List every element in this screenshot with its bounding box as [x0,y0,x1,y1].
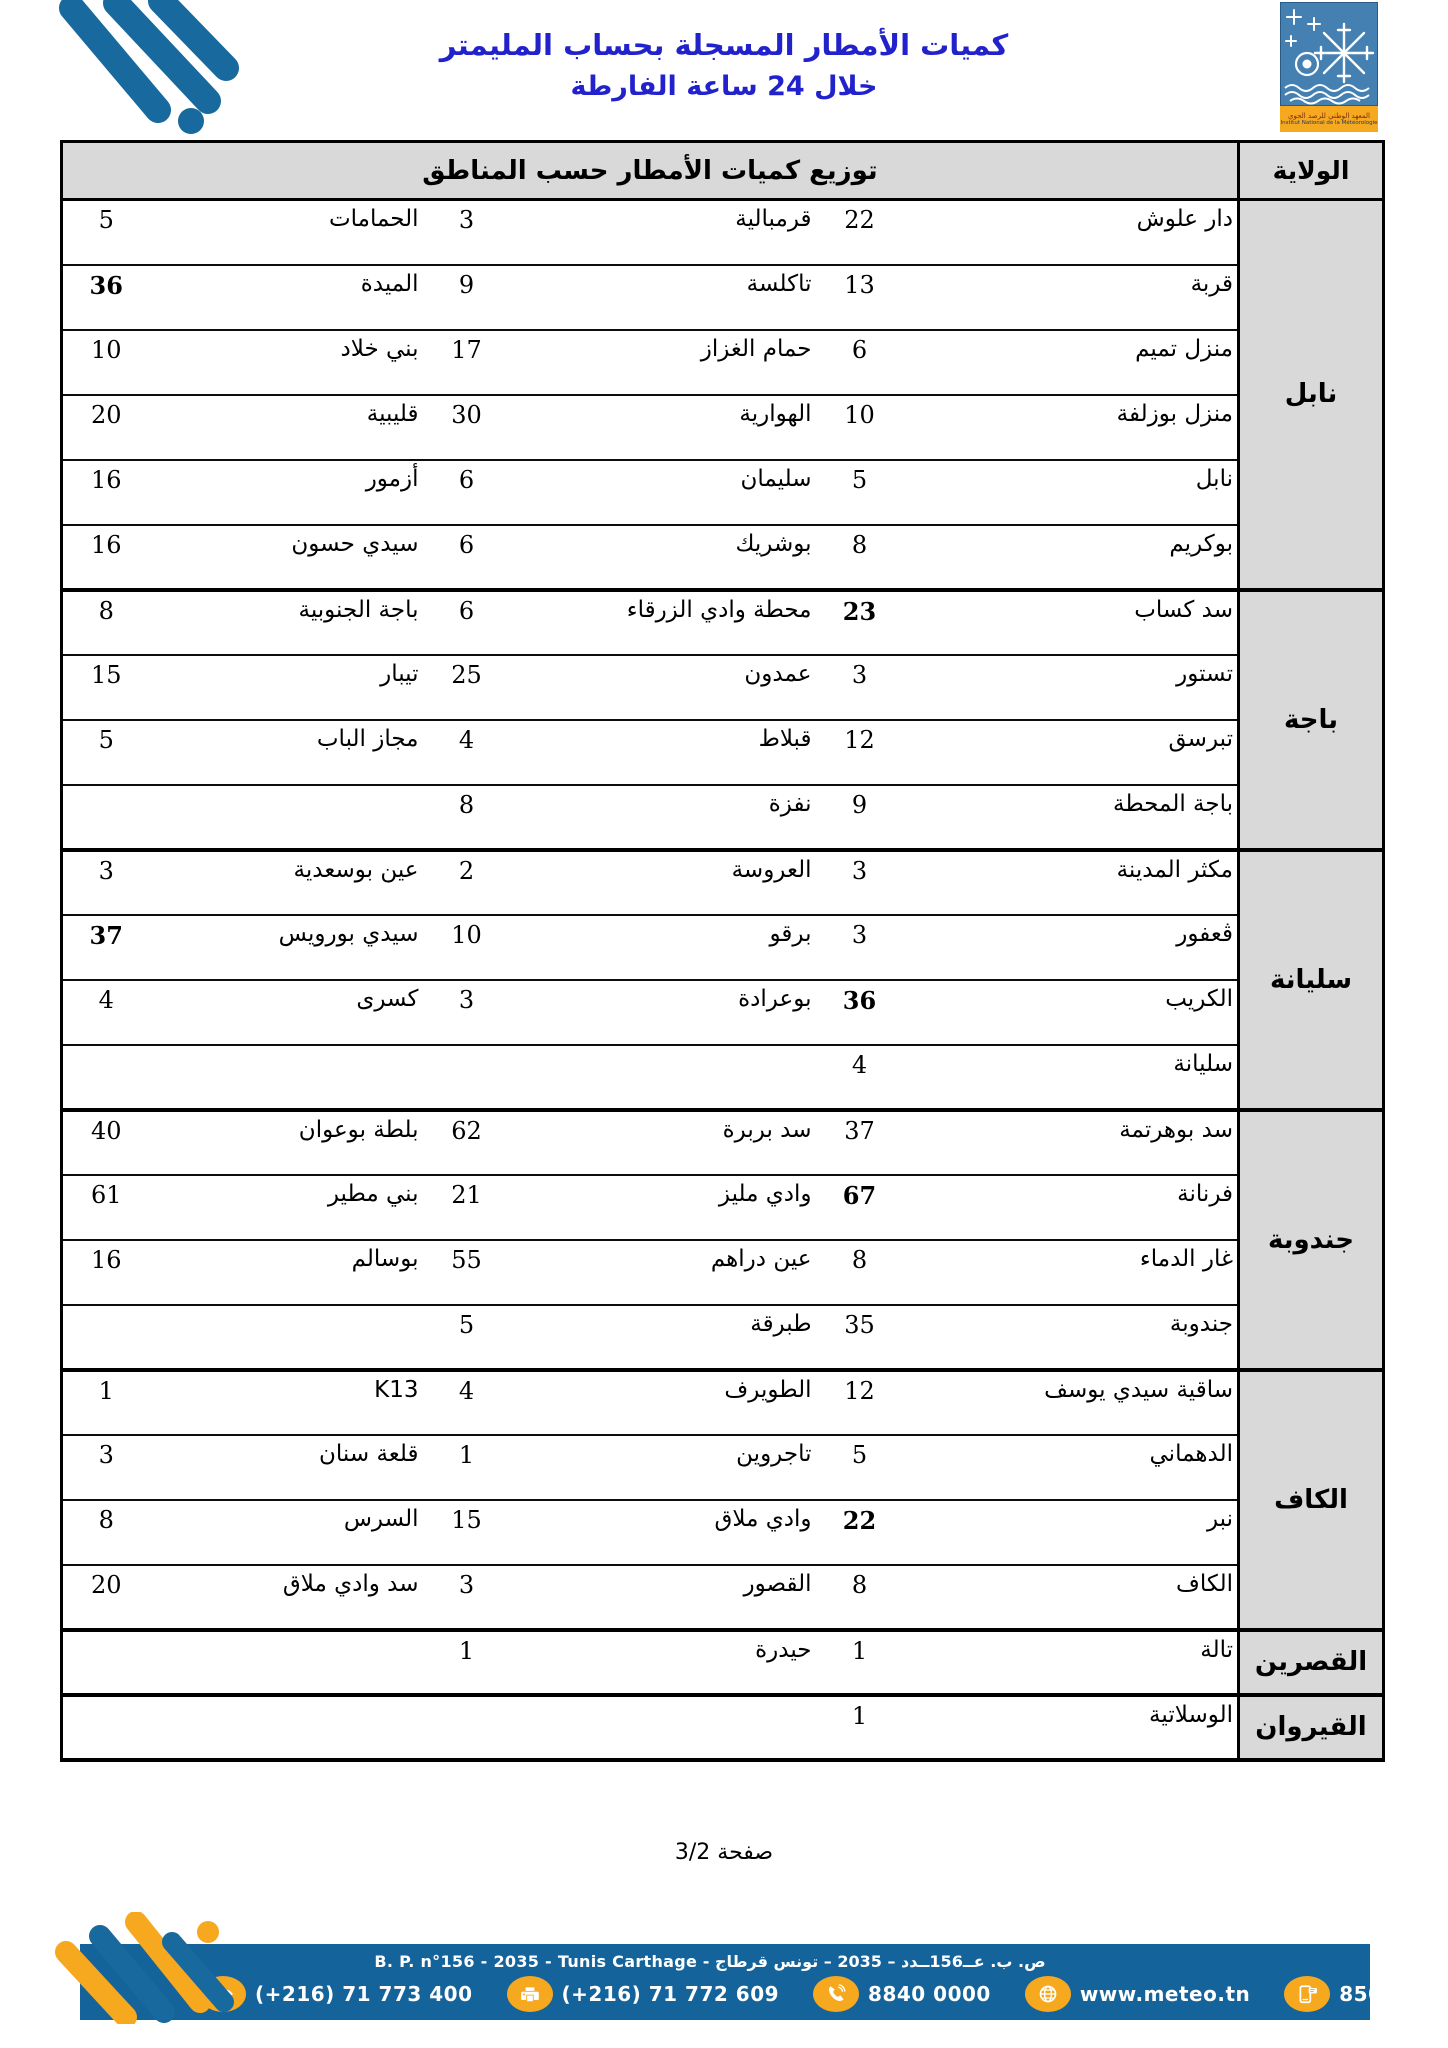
station-name: كسرى [150,980,423,1045]
table-row: الكريب36بوعرادة3كسرى4 [61,980,1383,1045]
station-name: سد كساب [904,590,1239,655]
station-name: حيدرة [511,1630,816,1695]
rain-value: 3 [423,1565,511,1630]
station-name [511,1695,816,1760]
rain-value: 8 [61,590,149,655]
station-name: جندوبة [904,1305,1239,1370]
title-line-2: خلال 24 ساعة الفارطة [364,68,1084,106]
rain-value: 3 [423,200,511,265]
rain-value: 13 [816,265,904,330]
rain-value: 30 [423,395,511,460]
station-name: عين بوسعدية [150,850,423,915]
table-row: القيروانالوسلاتية1 [61,1695,1383,1760]
inm-logo: المعهد الوطني للرصد الجوي Institut Natio… [1280,2,1378,132]
station-name: قربة [904,265,1239,330]
wilaya-cell: جندوبة [1239,1110,1384,1370]
station-name: الطويرف [511,1370,816,1435]
station-name [511,1045,816,1110]
rain-value: 5 [423,1305,511,1370]
rain-value: 37 [816,1110,904,1175]
meteo-stripes-logo [58,0,243,140]
rain-value: 35 [816,1305,904,1370]
table-row: نابلدار علوش22قرمبالية3الحمامات5 [61,200,1383,265]
rain-value: 4 [61,980,149,1045]
rain-value: 1 [61,1370,149,1435]
station-name: أزمور [150,460,423,525]
stripes-logo-graphic [58,0,243,140]
table-row: جندوبة35طبرقة5 [61,1305,1383,1370]
footer-stripes-decoration [48,1912,278,2024]
table-row: باجة المحطة9نفزة8 [61,785,1383,850]
station-name: ساقية سيدي يوسف [904,1370,1239,1435]
regions-column-header: توزيع كميات الأمطار حسب المناطق [61,142,1238,200]
rain-value: 40 [61,1110,149,1175]
rain-value: 22 [816,1500,904,1565]
table-row: سليانةمكثر المدينة3العروسة2عين بوسعدية3 [61,850,1383,915]
station-name: دار علوش [904,200,1239,265]
station-name: برقو [511,915,816,980]
station-name: منزل تميم [904,330,1239,395]
station-name: طبرقة [511,1305,816,1370]
rain-value: 21 [423,1175,511,1240]
table-header-row: الولاية توزيع كميات الأمطار حسب المناطق [61,142,1383,200]
table-row: الكافساقية سيدي يوسف12الطويرف4K131 [61,1370,1383,1435]
table-row: بوكريم8بوشريك6سيدي حسون16 [61,525,1383,590]
rain-value [61,785,149,850]
station-name: تاجروين [511,1435,816,1500]
station-name: عين دراهم [511,1240,816,1305]
wilaya-cell: القيروان [1239,1695,1384,1760]
station-name [150,1630,423,1695]
rain-value: 8 [423,785,511,850]
station-name: سد بوهرتمة [904,1110,1239,1175]
station-name [150,1695,423,1760]
station-name: باجة الجنوبية [150,590,423,655]
station-name: السرس [150,1500,423,1565]
station-name: مكثر المدينة [904,850,1239,915]
rain-value: 16 [61,460,149,525]
station-name [150,785,423,850]
station-name: عمدون [511,655,816,720]
mobile-icon [1284,1976,1330,2012]
station-name: نفزة [511,785,816,850]
station-name [150,1045,423,1110]
station-name: بني مطير [150,1175,423,1240]
rain-value: 16 [61,1240,149,1305]
rain-value [423,1695,511,1760]
fax-icon [507,1976,553,2012]
rain-value: 3 [816,655,904,720]
page-title: كميات الأمطار المسجلة بحساب المليمتر خلا… [364,24,1084,105]
station-name: بوكريم [904,525,1239,590]
station-name: تستور [904,655,1239,720]
rain-value [61,1630,149,1695]
rain-value: 37 [61,915,149,980]
footer-contact-item: 8840 0000 [813,1976,991,2012]
station-name: سيدي حسون [150,525,423,590]
station-name: منزل بوزلفة [904,395,1239,460]
wilaya-cell: باجة [1239,590,1384,850]
title-line-1: كميات الأمطار المسجلة بحساب المليمتر [364,24,1084,68]
station-name: قليبية [150,395,423,460]
rain-value: 5 [816,460,904,525]
station-name: بوعرادة [511,980,816,1045]
rain-value [61,1045,149,1110]
rain-value: 1 [423,1435,511,1500]
station-name: العروسة [511,850,816,915]
rain-value: 2 [423,850,511,915]
table-row: نبر22وادي ملاق15السرس8 [61,1500,1383,1565]
rain-value: 6 [816,330,904,395]
table-row: جندوبةسد بوهرتمة37سد بربرة62بلطة بوعوان4… [61,1110,1383,1175]
wilaya-cell: الكاف [1239,1370,1384,1630]
rain-value: 6 [423,525,511,590]
rain-value: 10 [61,330,149,395]
station-name: تاكلسة [511,265,816,330]
rain-value: 4 [423,1370,511,1435]
contact-text: (+216) 71 773 400 [255,1982,473,2006]
rain-value: 8 [816,1565,904,1630]
table-row: تستور3عمدون25تيبار15 [61,655,1383,720]
footer-stripes-graphic [48,1912,278,2024]
rainfall-table: الولاية توزيع كميات الأمطار حسب المناطق … [60,140,1385,1762]
station-name: سد وادي ملاق [150,1565,423,1630]
rain-value: 61 [61,1175,149,1240]
rain-value: 23 [816,590,904,655]
station-name: تيبار [150,655,423,720]
table-row: تبرسق12قبلاط4مجاز الباب5 [61,720,1383,785]
rain-value: 25 [423,655,511,720]
rain-value [61,1695,149,1760]
call-icon [813,1976,859,2012]
station-name: الهوارية [511,395,816,460]
footer-contact-item: www.meteo.tn [1025,1976,1250,2012]
table-row: فرنانة67وادي مليز21بني مطير61 [61,1175,1383,1240]
footer-contact-item: 85012 [1284,1976,1411,2012]
rain-value: 5 [61,200,149,265]
station-name: قبلاط [511,720,816,785]
rain-value: 20 [61,1565,149,1630]
station-name: الكاف [904,1565,1239,1630]
table-row: غار الدماء8عين دراهم55بوسالم16 [61,1240,1383,1305]
rain-value: 3 [816,850,904,915]
station-name: سد بربرة [511,1110,816,1175]
station-name: القصور [511,1565,816,1630]
rain-value: 4 [816,1045,904,1110]
inm-caption-french: Institut National de la Météorologie [1281,120,1378,126]
station-name: ڤعفور [904,915,1239,980]
footer-contact-item: (+216) 71 772 609 [507,1976,780,2012]
wilaya-cell: نابل [1239,200,1384,590]
station-name: نبر [904,1500,1239,1565]
rain-value: 8 [61,1500,149,1565]
rain-value: 22 [816,200,904,265]
rain-value: 55 [423,1240,511,1305]
station-name: بوسالم [150,1240,423,1305]
station-name: سليانة [904,1045,1239,1110]
rain-value: 1 [816,1695,904,1760]
station-name: K13 [150,1370,423,1435]
table-row: منزل تميم6حمام الغزاز17بني خلاد10 [61,330,1383,395]
rain-value: 3 [61,850,149,915]
station-name: الميدة [150,265,423,330]
station-name: سيدي بورويس [150,915,423,980]
station-name: وادي مليز [511,1175,816,1240]
table-row: منزل بوزلفة10الهوارية30قليبية20 [61,395,1383,460]
rain-value: 36 [816,980,904,1045]
rain-value: 5 [61,720,149,785]
rain-value [423,1045,511,1110]
rain-value: 9 [816,785,904,850]
rain-value: 1 [423,1630,511,1695]
rain-value: 12 [816,1370,904,1435]
contact-text: 8840 0000 [868,1982,991,2006]
rain-value: 17 [423,330,511,395]
station-name: الدهماني [904,1435,1239,1500]
station-name: الكريب [904,980,1239,1045]
rain-value: 8 [816,1240,904,1305]
wilaya-column-header: الولاية [1239,142,1384,200]
rain-value: 20 [61,395,149,460]
contact-text: (+216) 71 772 609 [562,1982,780,2006]
contact-text: 85012 [1339,1982,1411,2006]
rain-value: 15 [61,655,149,720]
station-name: بني خلاد [150,330,423,395]
station-name: محطة وادي الزرقاء [511,590,816,655]
rain-value: 67 [816,1175,904,1240]
station-name: غار الدماء [904,1240,1239,1305]
wilaya-cell: القصرين [1239,1630,1384,1695]
inm-logo-graphic [1280,2,1378,106]
station-name: بوشريك [511,525,816,590]
rainfall-table-wrap: الولاية توزيع كميات الأمطار حسب المناطق … [63,140,1385,1762]
inm-caption-arabic: المعهد الوطني للرصد الجوي [1288,112,1370,120]
rain-value: 1 [816,1630,904,1695]
rain-value: 16 [61,525,149,590]
rain-value: 3 [423,980,511,1045]
station-name: فرنانة [904,1175,1239,1240]
rain-value: 36 [61,265,149,330]
rain-value: 3 [816,915,904,980]
station-name: وادي ملاق [511,1500,816,1565]
station-name: تالة [904,1630,1239,1695]
table-row: باجةسد كساب23محطة وادي الزرقاء6باجة الجن… [61,590,1383,655]
station-name: الوسلاتية [904,1695,1239,1760]
rain-value: 12 [816,720,904,785]
rain-value [61,1305,149,1370]
rain-value: 10 [423,915,511,980]
station-name: حمام الغزاز [511,330,816,395]
rain-value: 8 [816,525,904,590]
rain-value: 4 [423,720,511,785]
rain-value: 62 [423,1110,511,1175]
inm-logo-caption: المعهد الوطني للرصد الجوي Institut Natio… [1280,106,1378,132]
wilaya-cell: سليانة [1239,850,1384,1110]
table-row: القصرينتالة1حيدرة1 [61,1630,1383,1695]
globe-icon [1025,1976,1071,2012]
station-name: الحمامات [150,200,423,265]
rain-value: 6 [423,460,511,525]
station-name: نابل [904,460,1239,525]
table-row: الكاف8القصور3سد وادي ملاق20 [61,1565,1383,1630]
rain-value: 3 [61,1435,149,1500]
rain-value: 10 [816,395,904,460]
station-name: مجاز الباب [150,720,423,785]
station-name: سليمان [511,460,816,525]
station-name: بلطة بوعوان [150,1110,423,1175]
rain-value: 15 [423,1500,511,1565]
station-name: باجة المحطة [904,785,1239,850]
station-name: قلعة سنان [150,1435,423,1500]
table-row: سليانة4 [61,1045,1383,1110]
table-row: نابل5سليمان6أزمور16 [61,460,1383,525]
table-row: الدهماني5تاجروين1قلعة سنان3 [61,1435,1383,1500]
station-name: تبرسق [904,720,1239,785]
rain-value: 6 [423,590,511,655]
document-page: { "header": { "title_line1": "كميات الأم… [0,0,1448,2048]
page-number: صفحة 3/2 [614,1840,834,1865]
station-name: قرمبالية [511,200,816,265]
contact-text: www.meteo.tn [1080,1982,1250,2006]
table-row: قربة13تاكلسة9الميدة36 [61,265,1383,330]
rain-value: 9 [423,265,511,330]
table-row: ڤعفور3برقو10سيدي بورويس37 [61,915,1383,980]
rain-value: 5 [816,1435,904,1500]
station-name [150,1305,423,1370]
